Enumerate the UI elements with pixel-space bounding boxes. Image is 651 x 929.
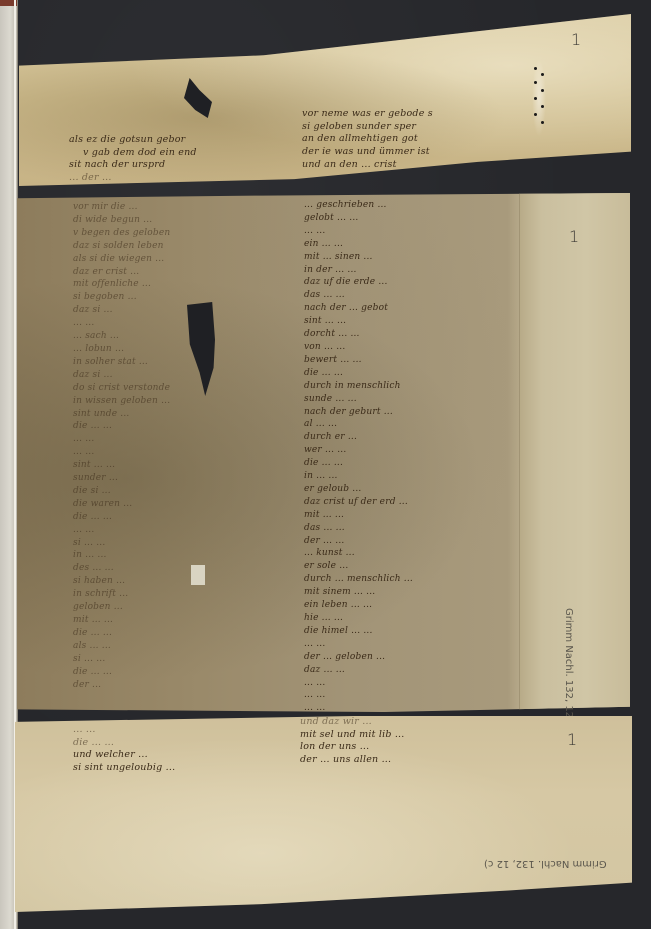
text-line: vor mir die ...: [73, 201, 170, 214]
text-line: ... ...: [304, 702, 413, 712]
text-line: sunder ...: [73, 472, 170, 485]
text-line: mit ... sinen ...: [304, 251, 413, 264]
text-line: daz si ...: [73, 369, 170, 382]
text-line: wer ... ...: [304, 444, 413, 457]
text-line: durch er ...: [304, 431, 413, 444]
text-line: die ... ...: [304, 367, 413, 380]
text-line: daz crist uf der erd ...: [304, 496, 413, 509]
text-line: der ie was und ümmer ist: [302, 146, 433, 159]
text-line: die si ...: [73, 485, 170, 498]
text-line: die ... ...: [304, 457, 413, 470]
folio-number: 1: [571, 30, 581, 49]
text-line: und welcher ...: [73, 749, 175, 762]
shelfmark-annotation: Grimm Nachl. 132, 12 c): [563, 608, 574, 731]
text-line: als ... ...: [73, 640, 170, 653]
text-line: in solher stat ...: [73, 356, 170, 369]
text-line: an den allmehtigen got: [302, 133, 433, 146]
text-line: mit ... ...: [73, 614, 170, 627]
text-line: bewert ... ...: [304, 354, 413, 367]
text-line: vor neme was er gebode s: [302, 108, 433, 121]
shelfmark-annotation-inverted: Grimm Nachl. 132, 12 c): [484, 858, 607, 869]
text-column-left: vor mir die ... di wide begun ... v bege…: [73, 201, 170, 691]
text-line: ... ...: [73, 433, 170, 446]
text-line: er sole ...: [304, 560, 413, 573]
text-line: des ... ...: [73, 562, 170, 575]
text-line: der ... ...: [304, 535, 413, 548]
text-column-left: ... ... die ... ... und welcher ... si s…: [73, 724, 175, 775]
text-line: die waren ...: [73, 498, 170, 511]
text-line: sit nach der ursprd: [69, 159, 197, 172]
folio-number: 1: [569, 227, 579, 246]
paper-patch: [191, 565, 205, 585]
text-line: in schrift ...: [73, 588, 170, 601]
text-line: do si crist verstonde: [73, 382, 170, 395]
text-line: si haben ...: [73, 575, 170, 588]
text-line: di wide begun ...: [73, 214, 170, 227]
text-line: daz er crist ...: [73, 266, 170, 279]
text-line: ... geschrieben ...: [304, 199, 413, 212]
parchment-hole: [187, 302, 215, 396]
text-line: si ... ...: [73, 653, 170, 666]
text-line: mit sinem ... ...: [304, 586, 413, 599]
text-line: ... ...: [304, 225, 413, 238]
text-line: der ... geloben ...: [304, 651, 413, 664]
text-line: die ... ...: [73, 627, 170, 640]
text-line: ... ...: [304, 689, 413, 702]
text-line: die himel ... ...: [304, 625, 413, 638]
text-line: sint ... ...: [304, 315, 413, 328]
text-line: nach der ... gebot: [304, 302, 413, 315]
text-line: in ... ...: [73, 549, 170, 562]
text-line: mit offenliche ...: [73, 278, 170, 291]
text-line: daz ... ...: [304, 664, 413, 677]
text-line: er geloub ...: [304, 483, 413, 496]
text-line: in der ... ...: [304, 264, 413, 277]
text-line: si sint ungeloubig ...: [73, 762, 175, 775]
text-line: ... ...: [73, 446, 170, 459]
text-line: ein ... ...: [304, 238, 413, 251]
text-line: si ... ...: [73, 537, 170, 550]
text-line: und daz wir ...: [300, 716, 405, 729]
text-line: von ... ...: [304, 341, 413, 354]
text-line: der ... uns allen ...: [300, 754, 405, 767]
text-column-left: als ez die gotsun gebor v gab dem dod ei…: [69, 134, 197, 185]
text-line: mit sel und mit lib ...: [300, 729, 405, 742]
text-line: nach der geburt ...: [304, 406, 413, 419]
text-line: daz uf die erde ...: [304, 276, 413, 289]
text-line: si geloben sunder sper: [302, 121, 433, 134]
text-line: v begen des geloben: [73, 227, 170, 240]
text-line: ... ...: [73, 524, 170, 537]
text-line: als si die wiegen ...: [73, 253, 170, 266]
text-line: hie ... ...: [304, 612, 413, 625]
text-column-right: vor neme was er gebode s si geloben sund…: [302, 108, 433, 172]
text-line: al ... ...: [304, 418, 413, 431]
text-line: daz si ...: [73, 304, 170, 317]
text-line: ... ...: [73, 317, 170, 330]
text-line: die ... ...: [73, 420, 170, 433]
text-line: ... ...: [304, 638, 413, 651]
parchment-strip-middle: 1 vor mir die ... di wide begun ... v be…: [17, 193, 630, 712]
parchment-hole: [184, 78, 212, 118]
text-line: ... ...: [73, 724, 175, 737]
text-line: die ... ...: [73, 511, 170, 524]
text-line: durch in menschlich: [304, 380, 413, 393]
stitched-repair: [532, 59, 546, 137]
text-line: gelobt ... ...: [304, 212, 413, 225]
text-column-right: und daz wir ... mit sel und mit lib ... …: [300, 716, 405, 767]
folded-flap: [519, 193, 630, 712]
text-line: der ...: [73, 679, 170, 692]
text-line: sint ... ...: [73, 459, 170, 472]
text-line: ein leben ... ...: [304, 599, 413, 612]
text-line: mit ... ...: [304, 509, 413, 522]
text-column-right: ... geschrieben ... gelobt ... ... ... .…: [304, 199, 413, 712]
folio-number: 1: [567, 730, 577, 749]
text-line: das ... ...: [304, 289, 413, 302]
text-line: ... ...: [304, 677, 413, 690]
text-line: sunde ... ...: [304, 393, 413, 406]
text-line: ... kunst ...: [304, 547, 413, 560]
parchment-strip-bottom: 1 ... ... die ... ... und welcher ... si…: [15, 716, 632, 912]
text-line: ... lobun ...: [73, 343, 170, 356]
text-line: ... sach ...: [73, 330, 170, 343]
text-line: sint unde ...: [73, 408, 170, 421]
text-line: daz si solden leben: [73, 240, 170, 253]
text-line: in wissen geloben ...: [73, 395, 170, 408]
text-line: durch ... menschlich ...: [304, 573, 413, 586]
text-line: das ... ...: [304, 522, 413, 535]
text-line: si begoben ...: [73, 291, 170, 304]
text-line: die ... ...: [73, 737, 175, 750]
text-line: in ... ...: [304, 470, 413, 483]
text-line: dorcht ... ...: [304, 328, 413, 341]
text-line: geloben ...: [73, 601, 170, 614]
text-line: als ez die gotsun gebor: [69, 134, 197, 147]
text-line: die ... ...: [73, 666, 170, 679]
text-line: v gab dem dod ein end: [69, 147, 197, 160]
text-line: lon der uns ...: [300, 741, 405, 754]
